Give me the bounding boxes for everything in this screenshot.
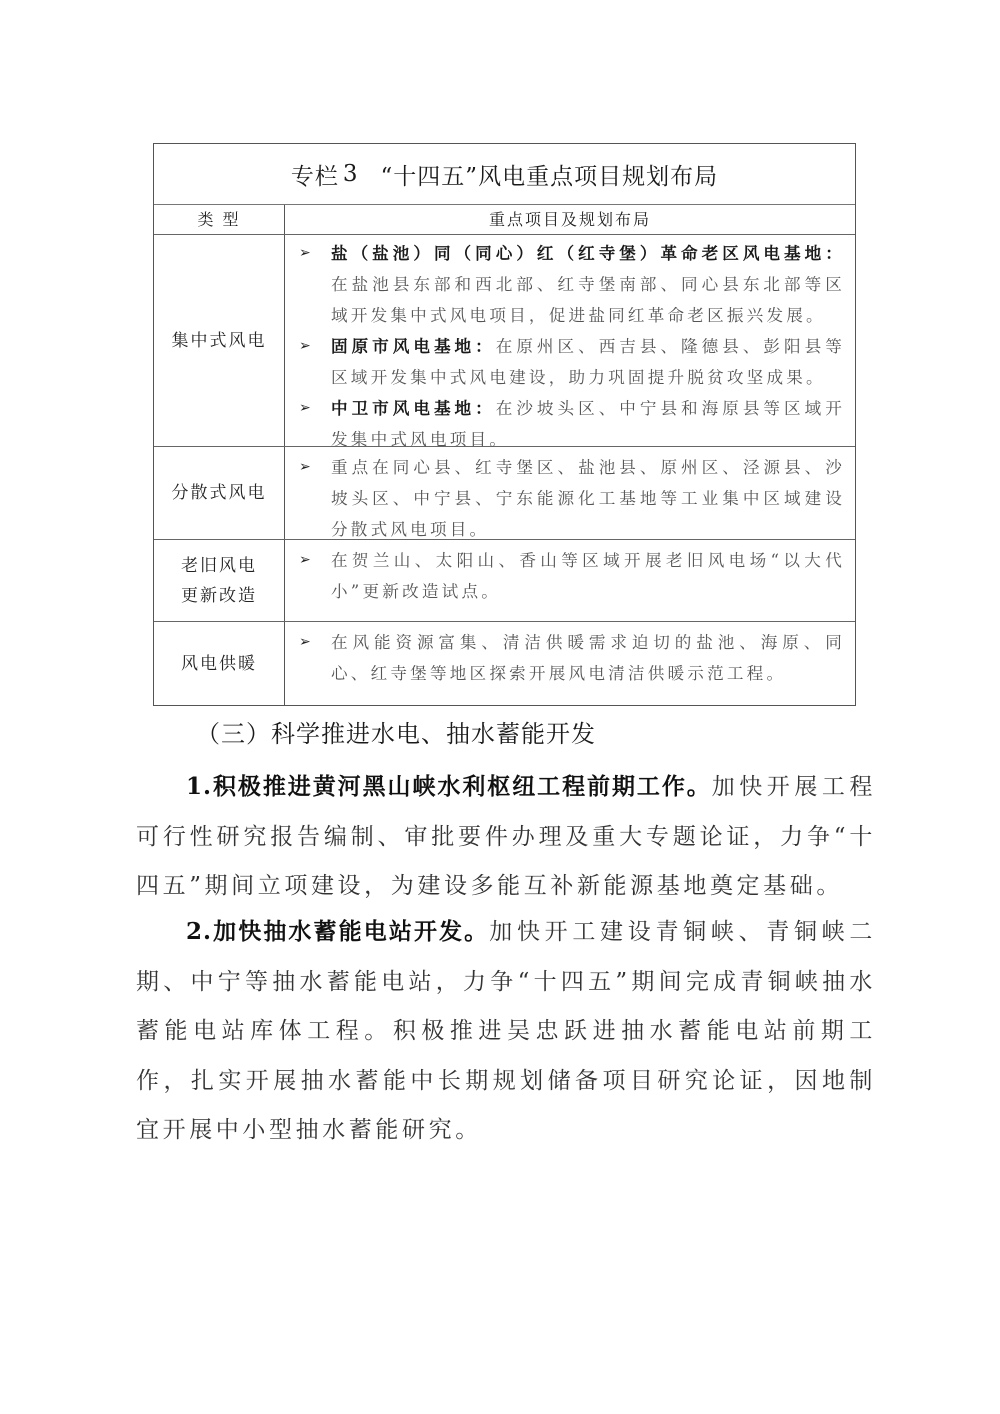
row-type-label: 分散式风电: [154, 447, 285, 539]
paragraph: 2.加快抽水蓄能电站开发。加快开工建设青铜峡、青铜峡二期、中宁等抽水蓄能电站，力…: [136, 907, 876, 1156]
row-type-label: 集中式风电: [154, 235, 285, 446]
list-item: ➢ 盐（盐池）同（同心）红（红寺堡）革命老区风电基地：在盐池县东部和西北部、红寺…: [297, 238, 845, 331]
arrow-bullet-icon: ➢: [299, 238, 314, 269]
header-type: 类 型: [154, 205, 285, 234]
item-title: 盐（盐池）同（同心）红（红寺堡）革命老区风电基地：: [331, 243, 845, 263]
row-content: ➢ 盐（盐池）同（同心）红（红寺堡）革命老区风电基地：在盐池县东部和西北部、红寺…: [285, 235, 855, 446]
row-type-label: 风电供暖: [154, 622, 285, 705]
item-text: 重点在同心县、红寺堡区、盐池县、原州区、泾源县、沙坡头区、中宁县、宁东能源化工基…: [331, 458, 845, 539]
table-row: 分散式风电 ➢ 重点在同心县、红寺堡区、盐池县、原州区、泾源县、沙坡头区、中宁县…: [154, 447, 855, 540]
paragraph: 1.积极推进黄河黑山峡水利枢纽工程前期工作。加快开展工程可行性研究报告编制、审批…: [136, 762, 876, 912]
table-row: 集中式风电 ➢ 盐（盐池）同（同心）红（红寺堡）革命老区风电基地：在盐池县东部和…: [154, 235, 855, 447]
item-text: 在风能资源富集、清洁供暖需求迫切的盐池、海原、同心、红寺堡等地区探索开展风电清洁…: [331, 633, 845, 683]
list-item: ➢ 固原市风电基地：在原州区、西吉县、隆德县、彭阳县等区域开发集中式风电建设，助…: [297, 331, 845, 393]
row-content: ➢ 在贺兰山、太阳山、香山等区域开展老旧风电场“以大代小”更新改造试点。: [285, 540, 855, 621]
paragraph-lead: 2.加快抽水蓄能电站开发。: [186, 918, 489, 945]
list-item: ➢ 在贺兰山、太阳山、香山等区域开展老旧风电场“以大代小”更新改造试点。: [297, 545, 845, 607]
item-text: 在贺兰山、太阳山、香山等区域开展老旧风电场“以大代小”更新改造试点。: [331, 551, 845, 601]
list-item: ➢ 在风能资源富集、清洁供暖需求迫切的盐池、海原、同心、红寺堡等地区探索开展风电…: [297, 627, 845, 689]
list-item: ➢ 中卫市风电基地：在沙坡头区、中宁县和海原县等区域开发集中式风电项目。: [297, 393, 845, 455]
header-content: 重点项目及规划布局: [285, 205, 855, 234]
arrow-bullet-icon: ➢: [299, 627, 314, 658]
list-item: ➢ 重点在同心县、红寺堡区、盐池县、原州区、泾源县、沙坡头区、中宁县、宁东能源化…: [297, 452, 845, 545]
section-heading: （三）科学推进水电、抽水蓄能开发: [196, 714, 596, 749]
paragraph-text: 加快开工建设青铜峡、青铜峡二期、中宁等抽水蓄能电站，力争“十四五”期间完成青铜峡…: [136, 919, 876, 1143]
item-title: 中卫市风电基地：: [331, 398, 496, 418]
table-title-prefix: 专栏: [291, 158, 339, 191]
arrow-bullet-icon: ➢: [299, 331, 314, 362]
table-title-number: 3: [343, 161, 359, 187]
table-header-row: 类 型 重点项目及规划布局: [154, 205, 855, 235]
row-content: ➢ 在风能资源富集、清洁供暖需求迫切的盐池、海原、同心、红寺堡等地区探索开展风电…: [285, 622, 855, 705]
arrow-bullet-icon: ➢: [299, 452, 314, 483]
document-page: 专栏 3 “十四五”风电重点项目规划布局 类 型 重点项目及规划布局 集中式风电…: [0, 0, 1000, 1414]
item-text: 在盐池县东部和西北部、红寺堡南部、同心县东北部等区域开发集中式风电项目，促进盐同…: [331, 275, 845, 325]
table-row: 风电供暖 ➢ 在风能资源富集、清洁供暖需求迫切的盐池、海原、同心、红寺堡等地区探…: [154, 622, 855, 705]
arrow-bullet-icon: ➢: [299, 545, 314, 576]
planning-table: 专栏 3 “十四五”风电重点项目规划布局 类 型 重点项目及规划布局 集中式风电…: [153, 143, 856, 706]
row-content: ➢ 重点在同心县、红寺堡区、盐池县、原州区、泾源县、沙坡头区、中宁县、宁东能源化…: [285, 447, 855, 539]
table-title-text: “十四五”风电重点项目规划布局: [381, 158, 719, 191]
item-title: 固原市风电基地：: [331, 336, 496, 356]
row-type-label: 老旧风电更新改造: [154, 540, 285, 621]
arrow-bullet-icon: ➢: [299, 393, 314, 424]
paragraph-lead: 1.积极推进黄河黑山峡水利枢纽工程前期工作。: [186, 773, 712, 800]
table-row: 老旧风电更新改造 ➢ 在贺兰山、太阳山、香山等区域开展老旧风电场“以大代小”更新…: [154, 540, 855, 622]
table-title: 专栏 3 “十四五”风电重点项目规划布局: [154, 144, 855, 205]
